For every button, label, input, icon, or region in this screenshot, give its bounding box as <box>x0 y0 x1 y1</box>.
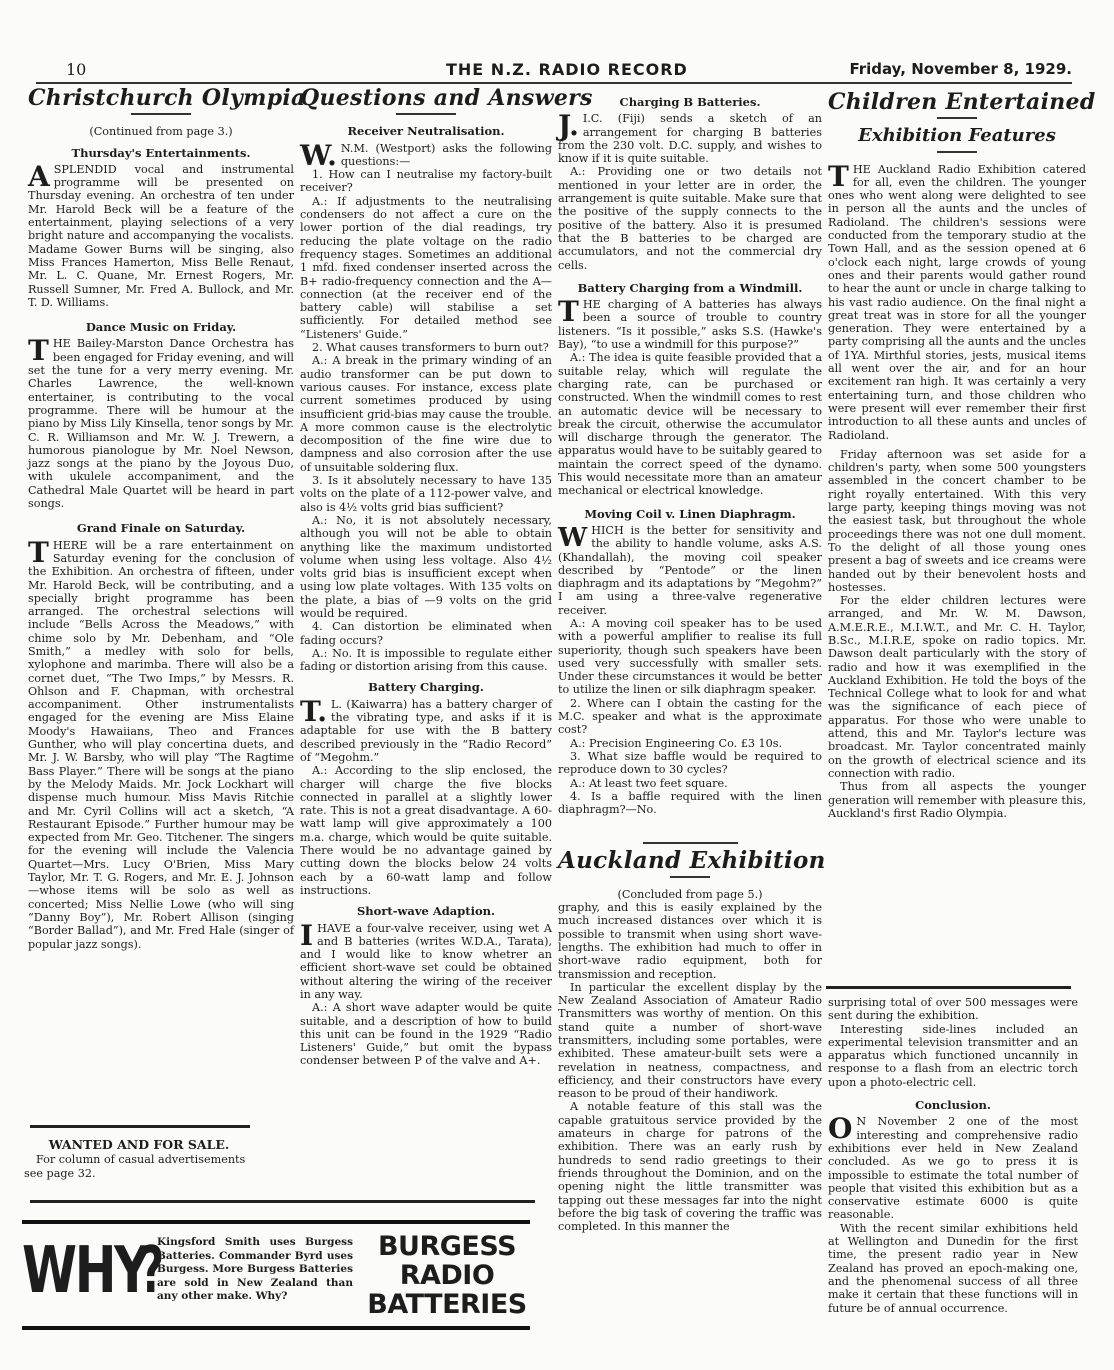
page-number: 10 <box>66 60 86 79</box>
section-heading: Receiver Neutralisation. <box>300 125 552 138</box>
paragraph: surprising total of over 500 messages we… <box>828 996 1078 1023</box>
paragraph: A.: No. It is impossible to regulate eit… <box>300 647 552 674</box>
qa-article: Questions and Answers Receiver Neutralis… <box>300 92 552 1068</box>
drop-cap: A <box>28 165 50 189</box>
children-article: Children Entertained Exhibition Features… <box>828 96 1086 820</box>
section-rule <box>30 1125 250 1128</box>
section-heading: Battery Charging. <box>300 681 552 694</box>
section-heading: Grand Finale on Saturday. <box>28 522 294 535</box>
wanted-text: For column of casual advertisements see … <box>24 1153 254 1180</box>
issue-date: Friday, November 8, 1929. <box>849 60 1072 78</box>
paragraph: A.: A moving coil speaker has to be used… <box>558 617 822 697</box>
paragraph: A.: A break in the primary winding of an… <box>300 354 552 474</box>
paragraph: A.: According to the slip enclosed, the … <box>300 764 552 897</box>
paragraph: 1. How can I neutralise my factory-built… <box>300 168 552 195</box>
article-title: Christchurch Olympia <box>28 92 294 105</box>
section-heading: Short-wave Adaption. <box>300 905 552 918</box>
ad-brand-line: BATTERIES <box>364 1290 530 1319</box>
paragraph: A.: No, it is not absolutely necessary, … <box>300 514 552 620</box>
paragraph: With the recent similar exhibitions held… <box>828 1222 1078 1315</box>
title-dash <box>937 117 977 119</box>
qa-continued: Charging B Batteries. J.I.C. (Fiji) send… <box>558 96 822 1233</box>
auckland-continued: surprising total of over 500 messages we… <box>828 996 1078 1315</box>
paragraph: 2. What causes transformers to burn out? <box>300 341 552 354</box>
paragraph: 3. Is it absolutely necessary to have 13… <box>300 474 552 514</box>
ad-brand-line: BURGESS <box>364 1232 530 1261</box>
drop-cap: J. <box>558 114 579 138</box>
title-dash <box>131 113 191 115</box>
ad-border-top <box>22 1220 530 1224</box>
paragraph: N November 2 one of the most interesting… <box>828 1115 1078 1221</box>
ad-copy: Kingsford Smith uses Burgess Batteries. … <box>157 1236 353 1304</box>
paragraph: Interesting side-lines included an exper… <box>828 1023 1078 1089</box>
section-heading: Battery Charging from a Windmill. <box>558 282 822 295</box>
paragraph: N.M. (Westport) asks the following quest… <box>341 142 552 168</box>
wanted-heading: WANTED AND FOR SALE. <box>24 1138 254 1151</box>
paragraph: 2. Where can I obtain the casting for th… <box>558 697 822 737</box>
paragraph: HICH is the better for sensitivity and t… <box>558 524 822 617</box>
paragraph: HAVE a four-valve receiver, using wet A … <box>300 922 552 1001</box>
drop-cap: T <box>28 541 49 565</box>
ad-headline: WHY <box>22 1236 148 1306</box>
wanted-notice: WANTED AND FOR SALE. For column of casua… <box>24 1138 254 1180</box>
christchurch-article: Christchurch Olympia (Continued from pag… <box>28 92 294 951</box>
paragraph: For the elder children lectures were arr… <box>828 594 1086 780</box>
paragraph: In particular the excellent display by t… <box>558 981 822 1101</box>
paragraph: HE charging of A batteries has always be… <box>558 298 822 351</box>
paragraph: A.: Precision Engineering Co. £3 10s. <box>558 737 822 750</box>
article-subtitle: Exhibition Features <box>828 129 1086 142</box>
paragraph: Friday afternoon was set aside for a chi… <box>828 448 1086 594</box>
drop-cap: T <box>28 339 49 363</box>
paragraph: A.: A short wave adapter would be quite … <box>300 1001 552 1067</box>
ad-brand: BURGESS RADIO BATTERIES <box>364 1232 530 1319</box>
section-heading: Thursday's Entertainments. <box>28 147 294 160</box>
drop-cap: W <box>558 526 587 550</box>
section-rule <box>30 1200 535 1203</box>
ad-brand-line: RADIO <box>364 1261 530 1290</box>
paragraph: HE Auckland Radio Exhibition catered for… <box>828 163 1086 442</box>
newspaper-page: 10 THE N.Z. RADIO RECORD Friday, Novembe… <box>0 0 1114 1370</box>
drop-cap: T. <box>300 700 327 724</box>
article-title: Auckland Exhibition <box>558 854 822 867</box>
title-dash <box>396 113 456 115</box>
ad-border-bottom <box>22 1326 530 1330</box>
paragraph: A.: At least two feet square. <box>558 777 822 790</box>
paragraph: A.: The idea is quite feasible provided … <box>558 351 822 497</box>
drop-cap: O <box>828 1117 852 1141</box>
title-dash <box>937 151 977 153</box>
paragraph: HE Bailey-Marston Dance Orchestra has be… <box>28 337 294 510</box>
paragraph: I.C. (Fiji) sends a sketch of an arrange… <box>558 112 822 165</box>
paragraph: A notable feature of this stall was the … <box>558 1100 822 1233</box>
article-title: Children Entertained <box>828 96 1086 109</box>
section-rule <box>826 986 1071 989</box>
masthead: 10 THE N.Z. RADIO RECORD Friday, Novembe… <box>66 58 1072 80</box>
section-heading: Conclusion. <box>828 1099 1078 1112</box>
section-heading: Moving Coil v. Linen Diaphragm. <box>558 508 822 521</box>
publication-title: THE N.Z. RADIO RECORD <box>446 60 688 79</box>
drop-cap: T <box>828 165 849 189</box>
paragraph: SPLENDID vocal and instrumental programm… <box>28 163 294 309</box>
paragraph: A.: Providing one or two details not men… <box>558 165 822 271</box>
masthead-rule <box>36 82 1072 84</box>
paragraph: 3. What size baffle would be required to… <box>558 750 822 777</box>
article-title: Questions and Answers <box>300 92 552 105</box>
drop-cap: T <box>558 300 579 324</box>
drop-cap: I <box>300 924 313 948</box>
paragraph: A.: If adjustments to the neutralising c… <box>300 195 552 341</box>
section-dash <box>643 842 738 844</box>
continued-note: (Continued from page 3.) <box>28 125 294 138</box>
burgess-advertisement: WHY ? Kingsford Smith uses Burgess Batte… <box>22 1220 530 1332</box>
section-heading: Dance Music on Friday. <box>28 321 294 334</box>
drop-cap: W. <box>300 144 337 168</box>
section-heading: Charging B Batteries. <box>558 96 822 109</box>
paragraph: Thus from all aspects the younger genera… <box>828 780 1086 820</box>
paragraph: 4. Is a baffle required with the linen d… <box>558 790 822 817</box>
paragraph: HERE will be a rare entertainment on Sat… <box>28 539 294 951</box>
paragraph: L. (Kaiwarra) has a battery charger of t… <box>300 698 552 764</box>
concluded-note: (Concluded from page 5.) <box>558 888 822 901</box>
paragraph: graphy, and this is easily explained by … <box>558 901 822 981</box>
title-dash <box>670 876 710 878</box>
paragraph: 4. Can distortion be eliminated when fad… <box>300 620 552 647</box>
